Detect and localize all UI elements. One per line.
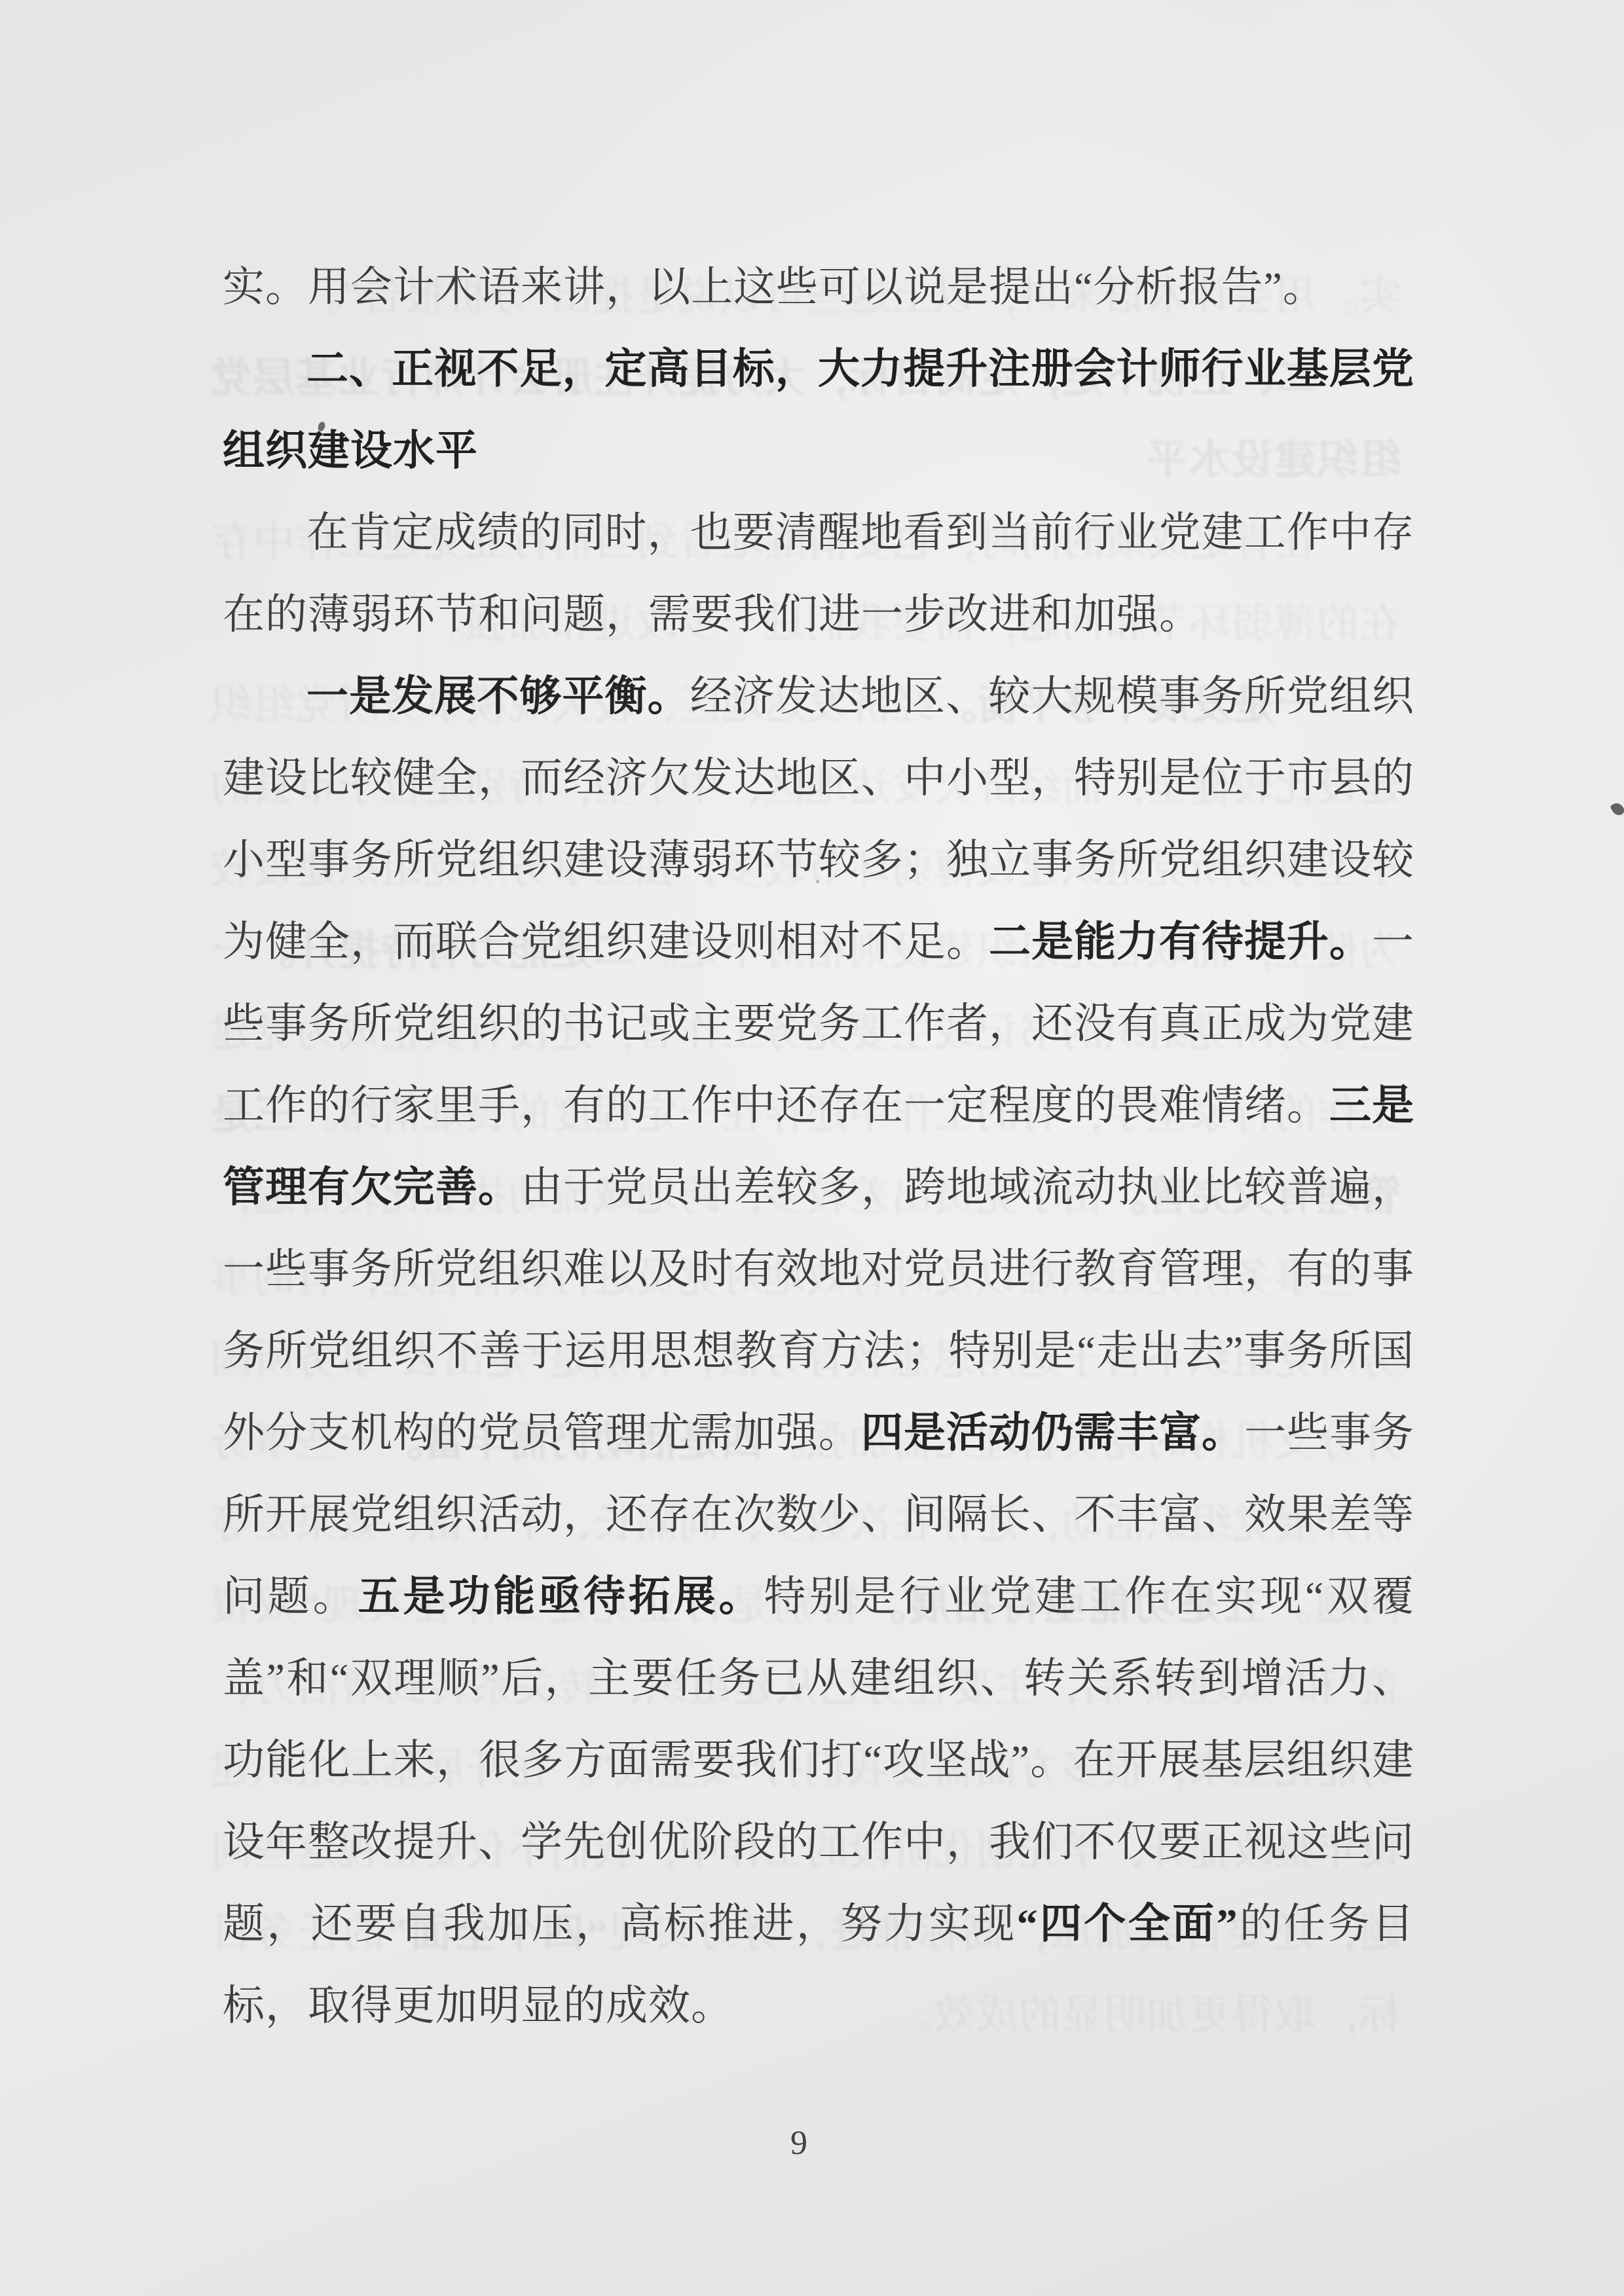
- page-number: 9: [779, 2124, 819, 2163]
- paragraph: 实。用会计术语来讲，以上这些可以说是提出“分析报告”。: [223, 246, 1414, 328]
- document-body: 实。用会计术语来讲，以上这些可以说是提出“分析报告”。二、正视不足，定高目标，大…: [223, 246, 1414, 2047]
- text-run: 在肯定成绩的同时，也要清醒地看到当前行业党建工作中存在的薄弱环节和问题，需要我们…: [223, 509, 1414, 638]
- scanned-document-page: { "page": { "number": "9", "background_c…: [0, 0, 1624, 2296]
- text-run: 一是发展不够平衡。: [306, 673, 690, 720]
- text-run: 实。用会计术语来讲，以上这些可以说是提出“分析报告”。: [223, 264, 1325, 310]
- text-run: 特别是行业党建工作在实现“双覆盖”和“双理顺”后，主要任务已从建组织、转关系转到…: [223, 1573, 1414, 1947]
- ink-speck: [1610, 801, 1624, 818]
- text-run: 四是活动仍需丰富。: [861, 1410, 1244, 1456]
- paragraph: 在肯定成绩的同时，也要清醒地看到当前行业党建工作中存在的薄弱环节和问题，需要我们…: [223, 492, 1414, 655]
- section-heading: 二、正视不足，定高目标，大力提升注册会计师行业基层党组织建设水平: [223, 328, 1414, 492]
- text-run: “四个全面”: [1017, 1901, 1238, 1947]
- text-run: 二是能力有待提升。: [989, 919, 1372, 965]
- paragraph: 一是发展不够平衡。经济发达地区、较大规模事务所党组织建设比较健全，而经济欠发达地…: [223, 655, 1414, 2047]
- text-run: 二、正视不足，定高目标，大力提升注册会计师行业基层党组织建设水平: [223, 346, 1414, 474]
- text-run: 五是功能亟待拓展。: [358, 1573, 764, 1620]
